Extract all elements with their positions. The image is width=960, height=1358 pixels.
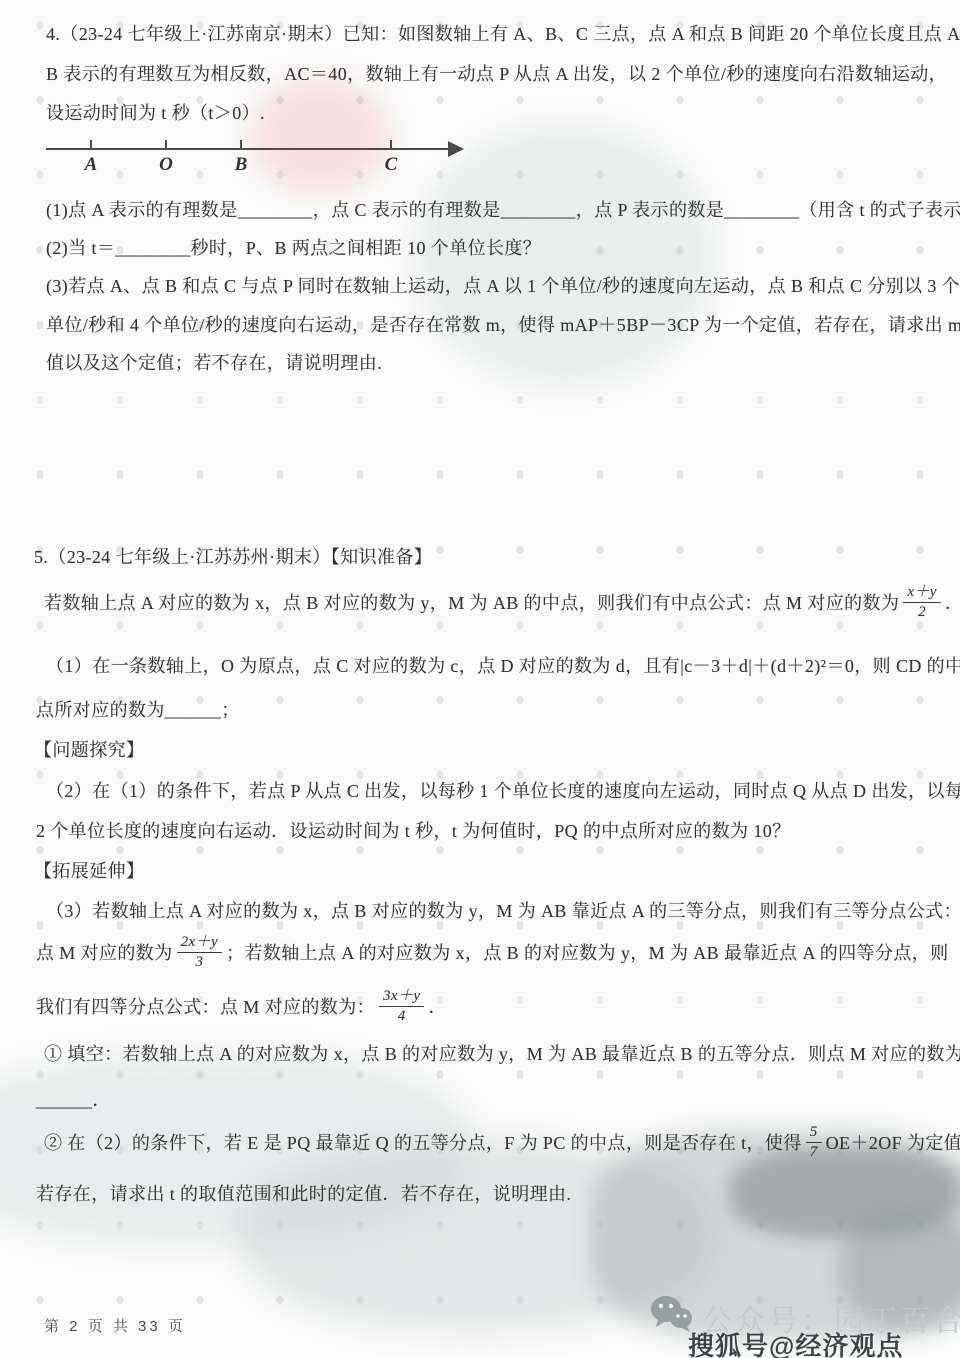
problem4-q3-line-2: 单位/秒和 4 个单位/秒的速度向右运动，是否存在常数 m，使得 mAP＋5BP… bbox=[46, 311, 960, 337]
problem5-fill1-line-2: ______． bbox=[36, 1086, 111, 1112]
q3-text-end: ． bbox=[428, 993, 446, 1019]
problem4-line-1: 4.（23-24 七年级上·江苏南京·期末）已知：如图数轴上有 A、B、C 三点… bbox=[46, 20, 960, 46]
tick-B bbox=[240, 140, 242, 149]
problem4-line-2: B 表示的有理数互为相反数，AC＝40，数轴上有一动点 P 从点 A 出发，以 … bbox=[46, 60, 947, 86]
third-point-fraction: 2x＋y 3 bbox=[177, 934, 222, 970]
intro-text: 若数轴上点 A 对应的数为 x，点 B 对应的数为 y，M 为 AB 的中点，则… bbox=[44, 589, 899, 615]
fraction-denominator: 2 bbox=[918, 603, 926, 621]
tick-C bbox=[390, 140, 392, 149]
problem4-q1: (1)点 A 表示的有理数是________，点 C 表示的有理数是______… bbox=[46, 196, 960, 222]
problem5-q3-line-3: 我们有四等分点公式：点 M 对应的数为： 3x＋y 4 ． bbox=[36, 980, 447, 1032]
intro-text-end: ． bbox=[945, 589, 960, 615]
point-label-A: A bbox=[76, 154, 106, 176]
problem5-q2-line-1: （2）在（1）的条件下，若点 P 从点 C 出发，以每秒 1 个单位长度的速度向… bbox=[46, 777, 960, 803]
fraction-denominator: 7 bbox=[810, 1143, 818, 1161]
fraction-numerator: 3x＋y bbox=[379, 988, 424, 1007]
midpoint-fraction: x＋y 2 bbox=[903, 584, 941, 620]
extend-section-header: 【拓展延伸】 bbox=[34, 857, 144, 883]
problem4-q2: (2)当 t＝________秒时，P、B 两点之间相距 10 个单位长度？ bbox=[46, 234, 541, 260]
problem4-line-3: 设运动时间为 t 秒（t＞0）. bbox=[46, 99, 265, 125]
fraction-numerator: x＋y bbox=[903, 584, 941, 603]
explore-section-header: 【问题探究】 bbox=[34, 736, 144, 762]
brand-watermark-dark: 搜狐号@经济观点 bbox=[688, 1326, 903, 1358]
fill2-text-end: OE＋2OF 为定值？ bbox=[826, 1129, 960, 1155]
fill2-text: ② 在（2）的条件下，若 E 是 PQ 最靠近 Q 的五等分点，F 为 PC 的… bbox=[44, 1129, 802, 1155]
problem5-header: 5.（23-24 七年级上·江苏苏州·期末）【知识准备】 bbox=[34, 543, 432, 569]
point-label-C: C bbox=[376, 154, 406, 176]
page-number-indicator: 第 2 页 共 33 页 bbox=[44, 1315, 186, 1336]
problem5-q3-line-1: （3）若数轴上点 A 对应的数为 x，点 B 对应的数为 y，M 为 AB 靠近… bbox=[46, 897, 960, 923]
point-label-O: O bbox=[151, 154, 181, 176]
tick-A bbox=[90, 140, 92, 149]
quarter-point-fraction: 3x＋y 4 bbox=[379, 988, 424, 1024]
gray-watercolor-blob-bottom-middle bbox=[240, 1140, 710, 1330]
worksheet-page: { "colors":{"text":"#343434","watermark_… bbox=[0, 0, 960, 1358]
point-label-B: B bbox=[226, 154, 256, 176]
fraction-numerator: 5 bbox=[806, 1124, 822, 1143]
problem5-q1-line-1: （1）在一条数轴上，O 为原点，点 C 对应的数为 c，点 D 对应的数为 d，… bbox=[46, 652, 960, 678]
q3-text: 点 M 对应的数为 bbox=[36, 939, 173, 965]
problem5-q3-line-2: 点 M 对应的数为 2x＋y 3 ；若数轴上点 A 的对应数为 x，点 B 的对… bbox=[36, 926, 949, 978]
fraction-denominator: 3 bbox=[195, 953, 203, 971]
problem4-q3-line-1: (3)若点 A、点 B 和点 C 与点 P 同时在数轴上运动，点 A 以 1 个… bbox=[46, 272, 960, 298]
fraction-numerator: 2x＋y bbox=[177, 934, 222, 953]
problem5-fill1-line-1: ① 填空：若数轴上点 A 的对应数为 x，点 B 的对应数为 y，M 为 AB … bbox=[44, 1040, 960, 1066]
five-sevenths-fraction: 5 7 bbox=[806, 1124, 822, 1160]
problem5-fill2-line-1: ② 在（2）的条件下，若 E 是 PQ 最靠近 Q 的五等分点，F 为 PC 的… bbox=[44, 1116, 960, 1168]
axis-arrowhead-icon bbox=[448, 141, 464, 157]
problem5-fill2-line-2: 若存在，请求出 t 的取值范围和此时的定值．若不存在，说明理由. bbox=[36, 1180, 571, 1206]
tick-O bbox=[165, 140, 167, 149]
number-line-diagram: A O B C bbox=[46, 136, 476, 186]
problem5-intro-line: 若数轴上点 A 对应的数为 x，点 B 对应的数为 y，M 为 AB 的中点，则… bbox=[44, 578, 960, 626]
problem4-q3-line-3: 值以及这个定值；若不存在，请说明理由. bbox=[46, 349, 382, 375]
problem5-q1-line-2: 点所对应的数为______； bbox=[36, 696, 240, 722]
problem5-q2-line-2: 2 个单位长度的速度向右运动．设运动时间为 t 秒，t 为何值时，PQ 的中点所… bbox=[36, 817, 791, 843]
fraction-denominator: 4 bbox=[398, 1007, 406, 1025]
q3-text: 我们有四等分点公式：点 M 对应的数为： bbox=[36, 993, 375, 1019]
q3-text-cont: ；若数轴上点 A 的对应数为 x，点 B 的对应数为 y，M 为 AB 最靠近点… bbox=[226, 939, 949, 965]
